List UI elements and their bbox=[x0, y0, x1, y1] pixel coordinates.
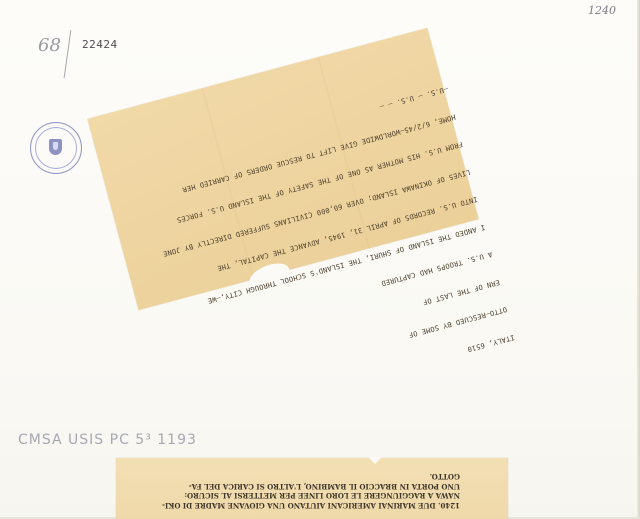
typed-slip-text: ITALY, 6510 OTTO—RESCUED BY SOME OF ERN … bbox=[133, 65, 521, 441]
photo-back-sheet: 68 22424 1240 CMSA USIS PC 5³ 1193 ITALY… bbox=[0, 0, 640, 519]
archive-code: CMSA USIS PC 5³ 1193 bbox=[18, 432, 197, 448]
photo-number: 1240 bbox=[588, 4, 616, 17]
handwritten-slash bbox=[64, 30, 72, 78]
shield-icon bbox=[49, 139, 62, 155]
caption-strip: 1240. DUE MARINAI AMERICANI AIUTANO UNA … bbox=[116, 458, 508, 519]
caption-text: 1240. DUE MARINAI AMERICANI AIUTANO UNA … bbox=[160, 472, 460, 510]
archive-stamp bbox=[30, 122, 82, 174]
typed-slip: ITALY, 6510 OTTO—RESCUED BY SOME OF ERN … bbox=[87, 28, 478, 310]
paper-notch bbox=[368, 457, 382, 464]
folder-mark: 68 bbox=[38, 35, 61, 56]
caption-line: GOTTO. bbox=[160, 472, 460, 482]
caption-line: UNO PORTA IN BRACCIO IL BAMBINO, L'ALTRO… bbox=[160, 482, 460, 492]
caption-line: NAWA A RAGGIUNGERE LE LORO LINEE PER MET… bbox=[160, 491, 460, 501]
reference-number: 22424 bbox=[82, 38, 118, 51]
caption-line: 1240. DUE MARINAI AMERICANI AIUTANO UNA … bbox=[160, 501, 460, 511]
